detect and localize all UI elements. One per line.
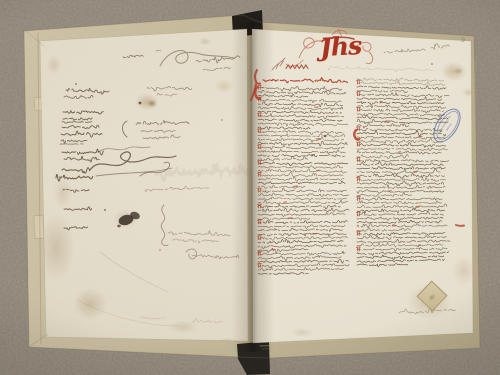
tag-smudge [425, 290, 439, 304]
edge-lines [24, 15, 480, 358]
ink-overlay [0, 0, 500, 375]
ihs-monogram: Jhs [319, 33, 361, 60]
manuscript-photo: Jhs 9 BIBLIOTHEQUE DOUAI [0, 0, 500, 375]
text-column-2 [354, 77, 452, 267]
ink-blot [117, 210, 141, 227]
left-page-annotations [56, 49, 251, 326]
text-column-1 [255, 85, 349, 275]
folio-number: 9 [461, 37, 466, 44]
